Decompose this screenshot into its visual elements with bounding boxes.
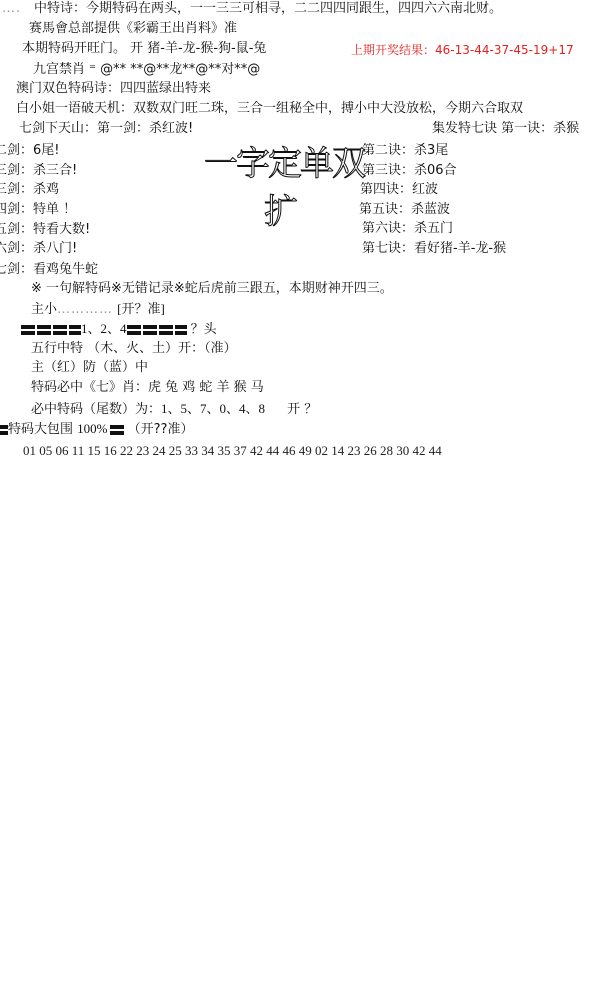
tip-row: 第四诀：红波: [360, 182, 438, 198]
tip-label: 第三诀：: [362, 163, 414, 178]
sword-row: 三剑：杀三合!: [0, 163, 77, 179]
dots-text: …………: [57, 302, 113, 317]
miss-bai-line: 白小姐一语破天机：双数双门旺二珠，三合一组秘全中，搏小中大没放松，今期六合取双: [16, 101, 523, 117]
tip-value: 杀06合: [414, 163, 457, 178]
zodiac-line: 特码必中《七》肖：虎 兔 鸡 蛇 羊 猴 马: [31, 380, 264, 396]
tip-label: 第二诀：: [362, 143, 414, 158]
surround-label: 特码大包围: [8, 422, 73, 437]
sword-row: 七剑：看鸡兔牛蛇: [0, 262, 98, 278]
macau-poem: 澳门双色特码诗：四四蓝绿出特来: [16, 81, 211, 97]
block-separator-icon: [110, 425, 124, 435]
tip-row: 第五诀：杀蓝波: [359, 202, 450, 218]
tip-value: 杀蓝波: [411, 202, 450, 217]
sword-label: 三剑：: [0, 163, 33, 178]
block-separator-icon: [127, 325, 187, 335]
sword-label: 四剑：: [0, 202, 33, 217]
sword-value: 特单 ！: [33, 202, 76, 217]
sword-label: 三剑：: [0, 182, 33, 197]
jiugong-line: 九宫禁肖 ⁼ @** **@**龙**@**对**@: [33, 62, 260, 78]
surround-line: 特码大包围 100% （开??准）: [0, 421, 193, 438]
tip-row: 第六诀：杀五门: [362, 221, 453, 237]
banner-line-1: 一字定单双: [204, 146, 364, 182]
tip-row: 第七诀：看好猪-羊-龙-猴: [362, 241, 506, 257]
main-small-tag: [开？准]: [117, 301, 165, 316]
tip-value: 杀五门: [414, 221, 453, 236]
last-result-value: 46-13-44-37-45-19+17: [435, 43, 574, 57]
heads-numbers: 1、2、4: [81, 321, 127, 336]
color-line: 主（红）防（蓝）中: [31, 360, 148, 376]
tail-line: 必中特码（尾数）为：1、5、7、0、4、8 开 ？: [31, 401, 317, 418]
source-line: 赛馬會总部提供《彩霸王出肖料》准: [29, 21, 237, 37]
tip-value: 看好猪-羊-龙-猴: [414, 241, 506, 256]
banner-line-2: 扩: [264, 194, 296, 230]
special-poem: 中特诗：今期特码在两头，一一三三可相寻，二二四四同跟生，四四六六南北财。: [34, 1, 502, 17]
main-small-line: 主小………… [开？准]: [31, 301, 165, 318]
sword-value: 杀三合!: [33, 163, 77, 178]
tip-label: 第五诀：: [359, 202, 411, 217]
tail-values: 1、5、7、0、4、8: [161, 401, 265, 416]
last-result: 上期开奖结果：46-13-44-37-45-19+17: [351, 42, 574, 58]
surround-percent: 100%: [77, 421, 107, 436]
sword-value: 特看大数!: [33, 222, 90, 237]
open-gate-line: 本期特码开旺门。 开 猪-羊-龙-猴-狗-鼠-兔: [22, 41, 266, 57]
sword-row: 六剑：杀八门!: [0, 241, 77, 257]
heads-line: 1、2、4 ？头: [21, 321, 217, 338]
tail-label: 必中特码（尾数）为：: [31, 402, 161, 417]
sword-value: 6尾!: [33, 143, 59, 158]
main-small-label: 主小: [31, 302, 57, 317]
leader-dots: ….: [2, 1, 21, 17]
sword-label: 七剑：: [0, 262, 33, 277]
sword-row: 四剑：特单 ！: [0, 202, 76, 218]
sword-row: 二剑：6尾!: [0, 143, 60, 159]
surround-tag: （开??准）: [128, 422, 194, 437]
tip-label: 第七诀：: [362, 241, 414, 256]
seven-tips-title: 集发特七诀 第一诀：杀猴: [432, 121, 579, 137]
tip-label: 第六诀：: [362, 221, 414, 236]
five-elements-line: 五行中特 （木、火、土）开：（准）: [31, 341, 237, 357]
tip-row: 第三诀：杀06合: [362, 163, 457, 179]
heads-suffix: ？头: [191, 321, 217, 336]
sword-value: 杀八门!: [33, 241, 77, 256]
tip-label: 第四诀：: [360, 182, 412, 197]
block-separator-icon: [21, 325, 81, 335]
seven-swords-title: 七剑下天山：第一剑：杀红波!: [19, 121, 193, 137]
tip-row: 第二诀：杀3尾: [362, 143, 448, 159]
dots-text: ….: [2, 1, 21, 16]
tail-suffix: 开 ？: [287, 402, 317, 417]
block-separator-icon: [0, 425, 8, 435]
sword-value: 看鸡兔牛蛇: [33, 262, 98, 277]
number-list: 01 05 06 11 15 16 22 23 24 25 33 34 35 3…: [23, 443, 442, 459]
last-result-label: 上期开奖结果：: [351, 43, 435, 57]
tip-value: 红波: [412, 182, 438, 197]
sword-label: 五剑：: [0, 222, 33, 237]
riddle-line: ※ 一句解特码※无错记录※蛇后虎前三跟五，本期财神开四三。: [31, 281, 393, 297]
sword-row: 三剑：杀鸡: [0, 182, 59, 198]
sword-value: 杀鸡: [33, 182, 59, 197]
sword-label: 六剑：: [0, 241, 33, 256]
tip-value: 杀3尾: [414, 143, 448, 158]
sword-row: 五剑：特看大数!: [0, 222, 90, 238]
sword-label: 二剑：: [0, 143, 33, 158]
